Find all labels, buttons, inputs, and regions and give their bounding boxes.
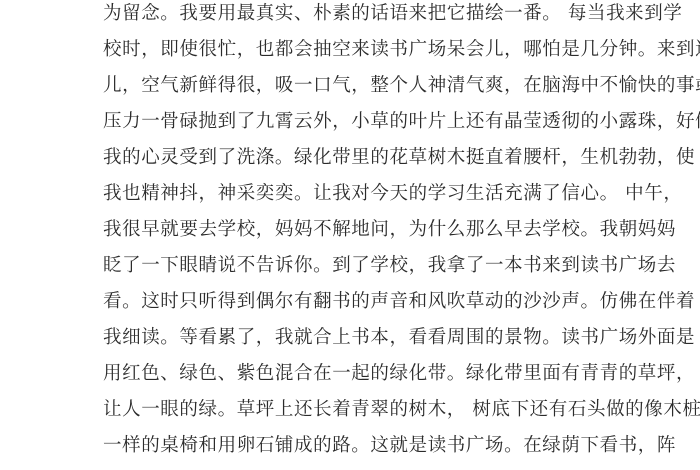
text-line: 用红色、绿色、紫色混合在一起的绿化带。绿化带里面有青青的草坪，	[103, 356, 695, 392]
text-line: 我细读。等看累了，我就合上书本，看看周围的景物。读书广场外面是	[103, 320, 695, 356]
text-line: 眨了一下眼睛说不告诉你。到了学校，我拿了一本书来到读书广场去	[103, 248, 676, 284]
text-line: 我的心灵受到了洗涤。绿化带里的花草树木挺直着腰杆，生机勃勃，使	[103, 140, 695, 176]
text-line: 儿，空气新鲜得很，吸一口气，整个人神清气爽，在脑海中不愉快的事或	[103, 68, 700, 104]
text-line: 我也精神抖，神采奕奕。让我对今天的学习生活充满了信心。 中午，	[103, 176, 682, 212]
text-line: 为留念。我要用最真实、朴素的话语来把它描绘一番。 每当我来到学	[103, 0, 682, 32]
text-line: 让人一眼的绿。草坪上还长着青翠的树木， 树底下还有石头做的像木桩	[103, 392, 700, 428]
text-line: 压力一骨碌抛到了九霄云外，小草的叶片上还有晶莹透彻的小露珠，好像	[103, 104, 700, 140]
text-line: 校时，即使很忙，也都会抽空来读书广场呆会儿，哪怕是几分钟。来到这	[103, 32, 700, 68]
text-line: 一样的桌椅和用卵石铺成的路。这就是读书广场。在绿荫下看书，阵	[103, 428, 676, 464]
text-line: 看。这时只听得到偶尔有翻书的声音和风吹草动的沙沙声。仿佛在伴着	[103, 284, 695, 320]
text-line: 我很早就要去学校，妈妈不解地问，为什么那么早去学校。我朝妈妈	[103, 212, 676, 248]
